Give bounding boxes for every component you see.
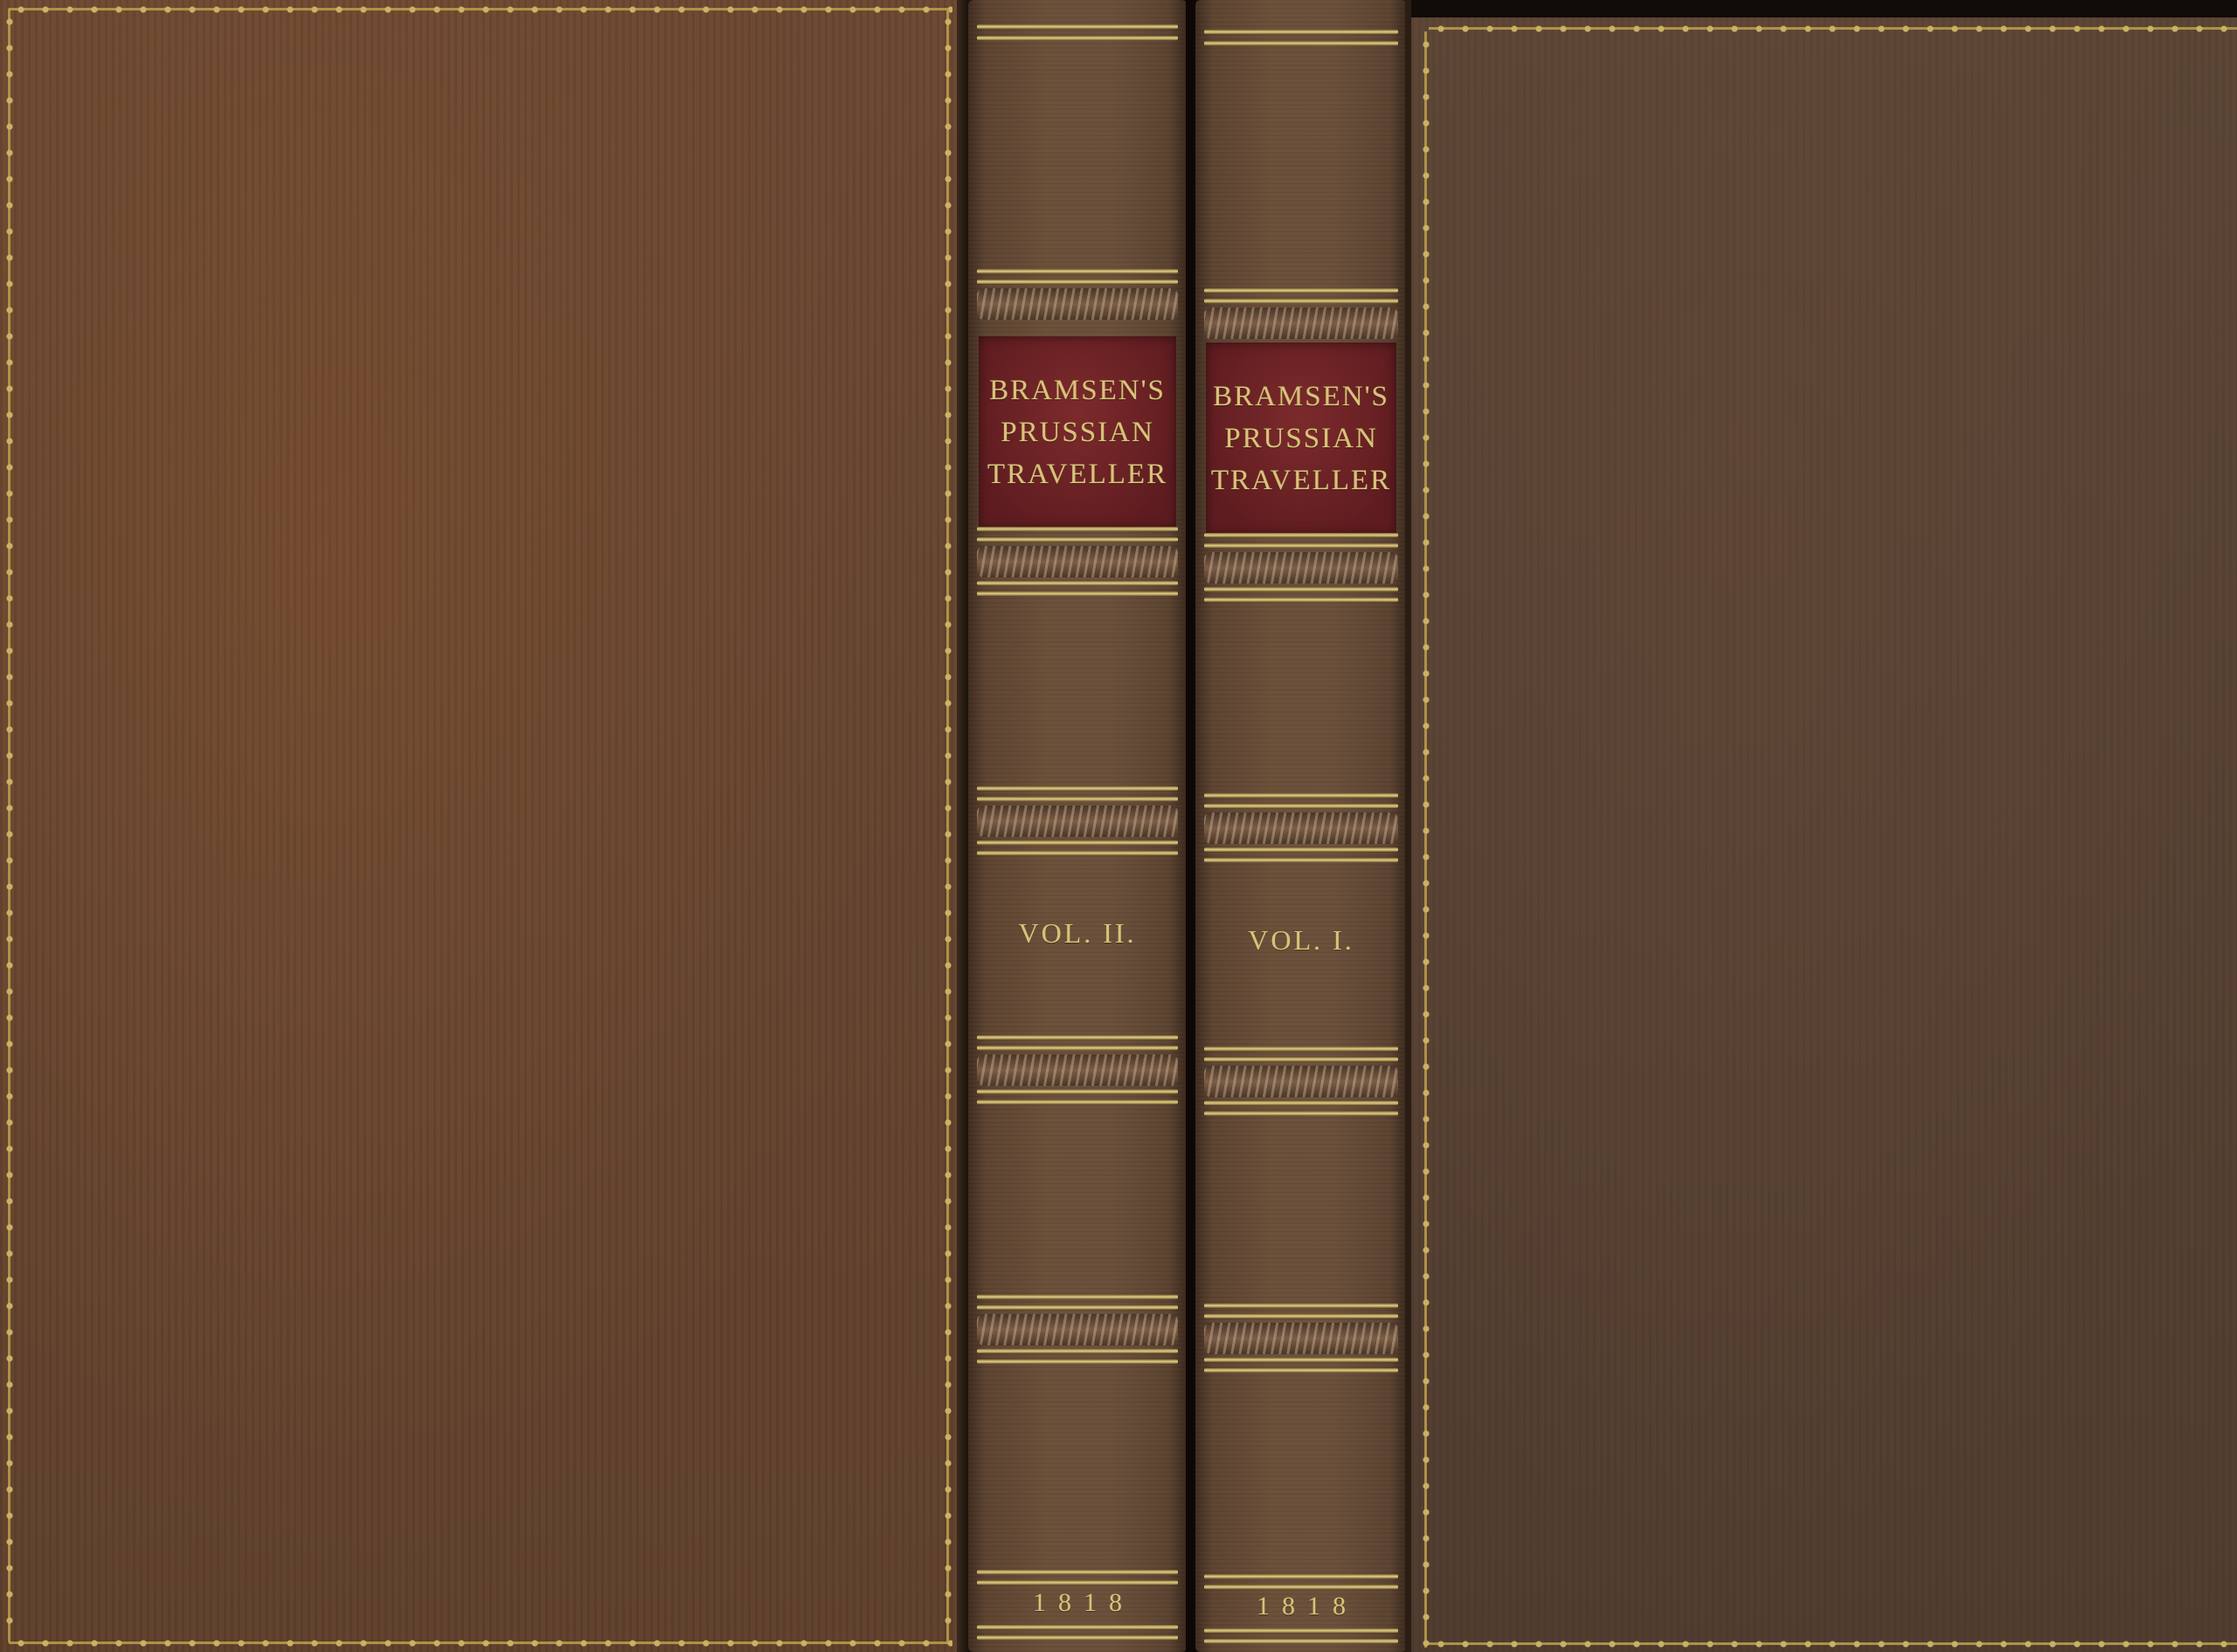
book-photo: BRAMSEN'S PRUSSIAN TRAVELLER VOL. II.	[0, 0, 2237, 1652]
title-line: BRAMSEN'S	[1213, 376, 1389, 418]
volume-number: VOL. I.	[1195, 924, 1407, 957]
gutter	[957, 0, 968, 1652]
gilt-border-right-icon	[942, 9, 954, 1642]
year: 1818	[1195, 1592, 1407, 1621]
spine-vol-2: BRAMSEN'S PRUSSIAN TRAVELLER VOL. II.	[968, 0, 1187, 1652]
gilt-border-top-icon	[9, 3, 952, 16]
gilt-border-bottom-icon	[9, 1637, 952, 1649]
title-line: TRAVELLER	[1211, 460, 1391, 501]
title-line: TRAVELLER	[987, 453, 1167, 495]
year: 1818	[968, 1588, 1187, 1618]
volume-number: VOL. II.	[968, 917, 1187, 950]
title-line: PRUSSIAN	[1001, 411, 1154, 453]
gilt-border-bottom-icon	[1429, 1638, 2237, 1650]
right-cover	[1411, 17, 2237, 1652]
gilt-border-left-icon	[1420, 31, 1432, 1648]
title-line: BRAMSEN'S	[989, 370, 1166, 411]
left-cover	[0, 0, 957, 1652]
background-strip	[1411, 0, 2237, 19]
spine-vol-1: BRAMSEN'S PRUSSIAN TRAVELLER VOL. I.	[1195, 0, 1407, 1652]
title-label: BRAMSEN'S PRUSSIAN TRAVELLER	[1206, 342, 1396, 535]
gilt-border-left-icon	[3, 9, 16, 1642]
title-line: PRUSSIAN	[1224, 418, 1378, 460]
gilt-border-top-icon	[1429, 23, 2237, 35]
title-label: BRAMSEN'S PRUSSIAN TRAVELLER	[979, 336, 1176, 529]
